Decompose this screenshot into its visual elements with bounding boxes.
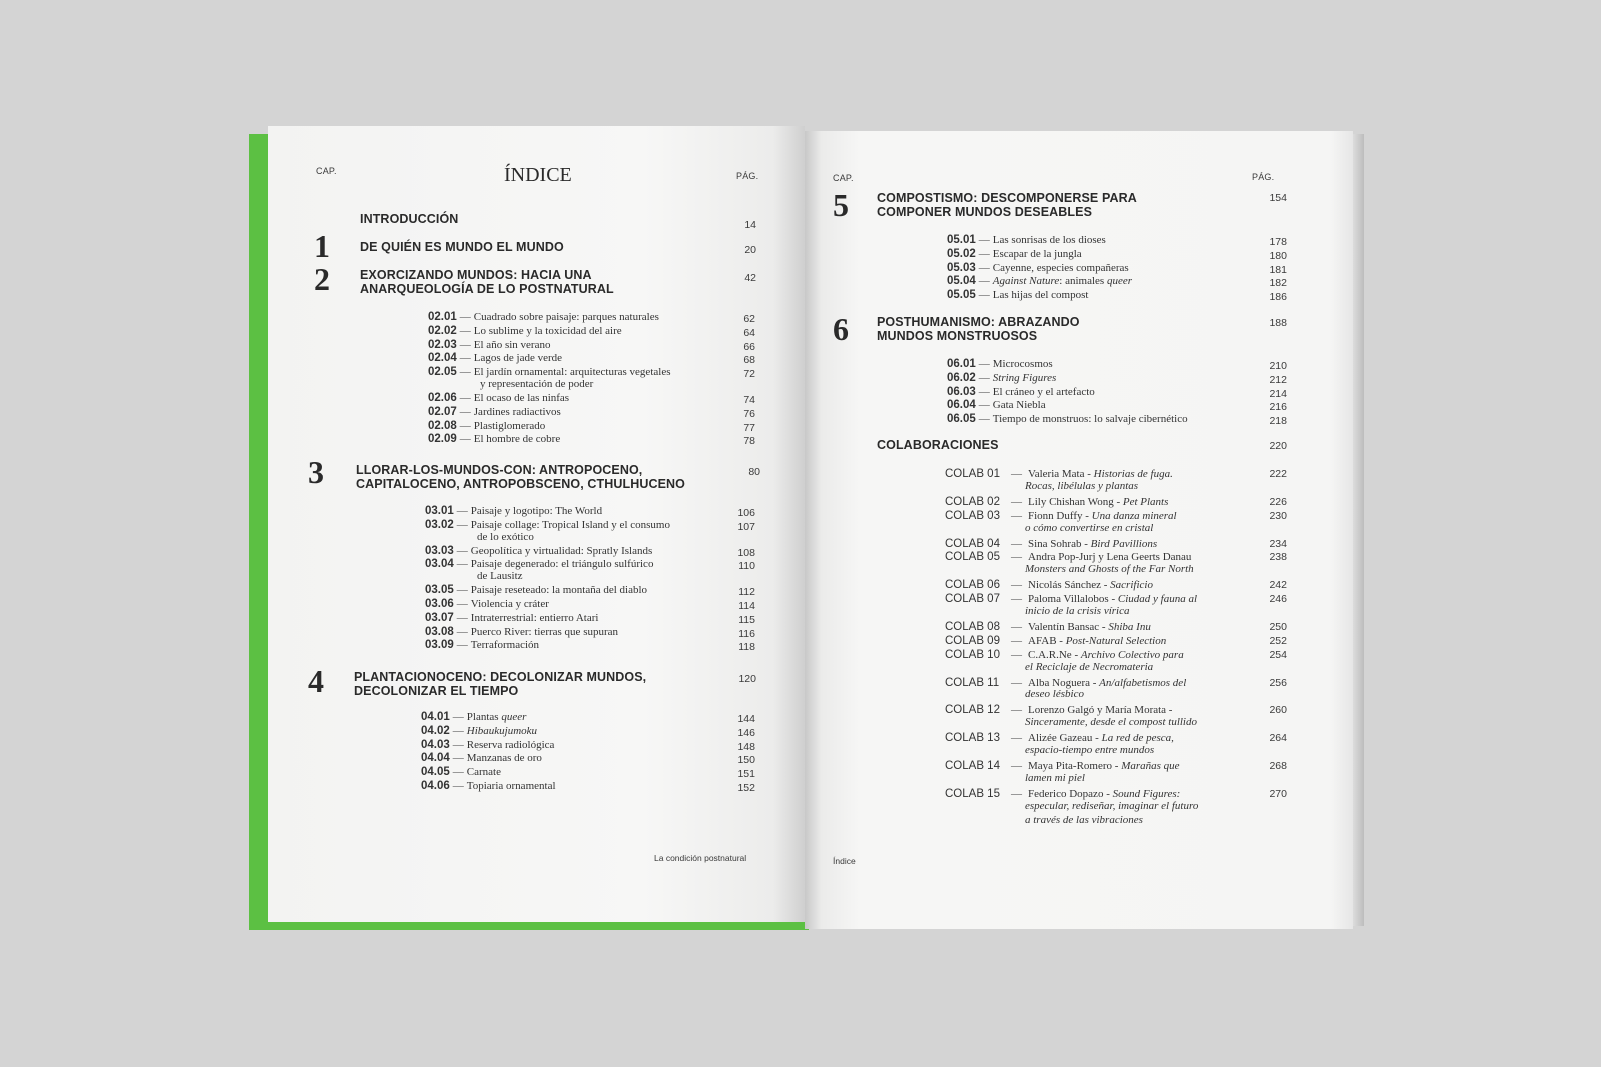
em-dash: —: [453, 780, 464, 792]
section-code: 03.09: [425, 638, 454, 652]
section-page: 118: [715, 641, 755, 653]
collaboration-work: Marañas que: [1121, 760, 1179, 772]
em-dash: —: [457, 598, 468, 610]
collaboration-page: 268: [1247, 760, 1287, 772]
collaboration-author: AFAB -: [1028, 635, 1066, 647]
section-code: 04.02: [421, 724, 450, 738]
collaboration-work-continued: Rocas, libélulas y plantas: [1025, 480, 1138, 492]
collaboration-work: Historias de fuga.: [1094, 468, 1173, 480]
collaboration-work: Pet Plants: [1123, 496, 1169, 508]
collaboration-work: Sound Figures:: [1113, 788, 1181, 800]
section-title: Topiaria ornamental: [467, 780, 556, 792]
collaboration-entry[interactable]: COLAB 02—Lily Chishan Wong - Pet Plants: [945, 495, 1168, 509]
pag-label: PÁG.: [1252, 172, 1274, 182]
section-code: 03.04: [425, 557, 454, 571]
section-code: 02.02: [428, 324, 457, 338]
collaboration-entry[interactable]: COLAB 11—Alba Noguera - An/alfabetismos …: [945, 676, 1186, 690]
em-dash: —: [453, 711, 464, 723]
section-title: Tiempo de monstruos: lo salvaje cibernét…: [993, 413, 1188, 425]
section-entry[interactable]: 04.02—Hibaukujumoku: [421, 724, 537, 738]
collaboration-author: Paloma Villalobos -: [1028, 593, 1118, 605]
section-entry[interactable]: 04.05—Carnate: [421, 765, 501, 779]
section-title-continued: de Lausitz: [477, 570, 523, 582]
section-title: Paisaje collage: Tropical Island y el co…: [471, 519, 670, 531]
collaboration-code: COLAB 02: [945, 495, 1011, 509]
collaboration-entry[interactable]: COLAB 13—Alizée Gazeau - La red de pesca…: [945, 731, 1174, 745]
collaboration-work-continued: Sinceramente, desde el compost tullido: [1025, 716, 1197, 728]
section-entry[interactable]: 06.04—Gata Niebla: [947, 398, 1046, 412]
collaboration-code: COLAB 15: [945, 787, 1011, 801]
em-dash: —: [460, 311, 471, 323]
section-entry[interactable]: 03.07—Intraterrestrial: entierro Atari: [425, 611, 598, 625]
section-page: 150: [715, 754, 755, 766]
section-title: Geopolítica y virtualidad: Spratly Islan…: [471, 545, 652, 557]
collaboration-code: COLAB 11: [945, 676, 1011, 690]
section-title: Against Nature: animales queer: [993, 275, 1132, 287]
collaboration-code: COLAB 05: [945, 550, 1011, 564]
section-entry[interactable]: 03.05—Paisaje reseteado: la montaña del …: [425, 583, 647, 597]
section-page: 151: [715, 768, 755, 780]
em-dash: —: [457, 584, 468, 596]
collaboration-author: Valentín Bansac -: [1028, 621, 1108, 633]
collaboration-code: COLAB 01: [945, 467, 1011, 481]
collaboration-code: COLAB 03: [945, 509, 1011, 523]
collaboration-page: 264: [1247, 732, 1287, 744]
collaboration-work: La red de pesca,: [1102, 732, 1174, 744]
section-title: Lo sublime y la toxicidad del aire: [474, 325, 622, 337]
right-page: CAP. PÁG. 5COMPOSTISMO: DESCOMPONERSE PA…: [805, 131, 1353, 929]
section-page: 218: [1247, 415, 1287, 427]
collaboration-page: 246: [1247, 593, 1287, 605]
em-dash: —: [1011, 635, 1022, 647]
em-dash: —: [460, 366, 471, 378]
em-dash: —: [453, 725, 464, 737]
section-title: Intraterrestrial: entierro Atari: [471, 612, 599, 624]
chapter-number: 5: [833, 187, 849, 224]
section-code: 06.02: [947, 371, 976, 385]
section-code: 04.03: [421, 738, 450, 752]
section-title: Las hijas del compost: [993, 289, 1089, 301]
section-code: 05.02: [947, 247, 976, 261]
collaboration-author: Lily Chishan Wong -: [1028, 496, 1123, 508]
section-code: 02.06: [428, 391, 457, 405]
page-footer: Índice: [833, 856, 856, 866]
section-code: 06.01: [947, 357, 976, 371]
section-code: 02.05: [428, 365, 457, 379]
collaborations-title: COLABORACIONES: [877, 438, 999, 452]
section-entry[interactable]: 03.02—Paisaje collage: Tropical Island y…: [425, 518, 670, 532]
em-dash: —: [979, 372, 990, 384]
section-title: Microcosmos: [993, 358, 1053, 370]
em-dash: —: [453, 752, 464, 764]
collaboration-author: Nicolás Sánchez -: [1028, 579, 1110, 591]
section-page: 216: [1247, 401, 1287, 413]
section-page: 115: [715, 614, 755, 626]
collaboration-work-continued: espacio-tiempo entre mundos: [1025, 744, 1154, 756]
section-code: 04.05: [421, 765, 450, 779]
section-title: El hombre de cobre: [474, 433, 560, 445]
collaboration-work-continued: el Reciclaje de Necromateria: [1025, 661, 1153, 673]
collaboration-code: COLAB 08: [945, 620, 1011, 634]
collaboration-author: Lorenzo Galgó y María Morata -: [1028, 704, 1172, 716]
section-page: 77: [715, 422, 755, 434]
section-entry[interactable]: 04.04—Manzanas de oro: [421, 751, 542, 765]
em-dash: —: [979, 413, 990, 425]
collaboration-entry[interactable]: COLAB 03—Fionn Duffy - Una danza mineral: [945, 509, 1177, 523]
section-title: Plastiglomerado: [474, 420, 546, 432]
em-dash: —: [460, 420, 471, 432]
chapter-title: EXORCIZANDO MUNDOS: HACIA UNAANARQUEOLOG…: [360, 268, 614, 296]
collaboration-work: Shiba Inu: [1108, 621, 1150, 633]
section-code: 05.03: [947, 261, 976, 275]
section-code: 03.03: [425, 544, 454, 558]
section-entry[interactable]: 05.05—Las hijas del compost: [947, 288, 1088, 302]
section-title: El año sin verano: [474, 339, 551, 351]
collaboration-code: COLAB 04: [945, 537, 1011, 551]
section-page: 146: [715, 727, 755, 739]
section-entry[interactable]: 03.03—Geopolítica y virtualidad: Spratly…: [425, 544, 652, 558]
section-page: 114: [715, 600, 755, 612]
em-dash: —: [979, 358, 990, 370]
collaboration-code: COLAB 12: [945, 703, 1011, 717]
chapter-number: 4: [308, 663, 324, 700]
section-page: 106: [715, 507, 755, 519]
chapter-page: 42: [716, 272, 756, 284]
cap-label: CAP.: [316, 166, 337, 176]
section-title: Jardines radiactivos: [474, 406, 561, 418]
collaboration-entry[interactable]: COLAB 08—Valentín Bansac - Shiba Inu: [945, 620, 1151, 634]
collaboration-page: 250: [1247, 621, 1287, 633]
section-title: El ocaso de las ninfas: [474, 392, 569, 404]
section-entry[interactable]: 02.02—Lo sublime y la toxicidad del aire: [428, 324, 622, 338]
section-title: Escapar de la jungla: [993, 248, 1082, 260]
chapter-page: 20: [716, 244, 756, 256]
em-dash: —: [1011, 551, 1022, 563]
section-title: El jardín ornamental: arquitecturas vege…: [474, 366, 671, 378]
em-dash: —: [457, 505, 468, 517]
em-dash: —: [1011, 621, 1022, 633]
section-entry[interactable]: 06.03—El cráneo y el artefacto: [947, 385, 1095, 399]
em-dash: —: [1011, 677, 1022, 689]
section-page: 214: [1247, 388, 1287, 400]
collaboration-work: Una danza mineral: [1092, 510, 1177, 522]
section-title: Lagos de jade verde: [474, 352, 562, 364]
section-page: 72: [715, 368, 755, 380]
section-page: 68: [715, 354, 755, 366]
em-dash: —: [453, 739, 464, 751]
em-dash: —: [1011, 496, 1022, 508]
collaboration-page: 242: [1247, 579, 1287, 591]
collaboration-page: 222: [1247, 468, 1287, 480]
section-page: 116: [715, 628, 755, 640]
section-entry[interactable]: 05.03—Cayenne, especies compañeras: [947, 261, 1129, 275]
em-dash: —: [457, 519, 468, 531]
chapter-number: 2: [314, 261, 330, 298]
section-code: 06.04: [947, 398, 976, 412]
section-entry[interactable]: 03.06—Violencia y cráter: [425, 597, 549, 611]
section-page: 144: [715, 713, 755, 725]
section-page: 108: [715, 547, 755, 559]
section-title: Paisaje degenerado: el triángulo sulfúri…: [471, 558, 654, 570]
page-title: ÍNDICE: [504, 164, 572, 187]
collaboration-work: Sacrificio: [1110, 579, 1153, 591]
chapter-title: COMPOSTISMO: DESCOMPONERSE PARACOMPONER …: [877, 191, 1137, 219]
collaboration-entry[interactable]: COLAB 06—Nicolás Sánchez - Sacrificio: [945, 578, 1153, 592]
collaboration-page: 254: [1247, 649, 1287, 661]
section-code: 03.07: [425, 611, 454, 625]
section-entry[interactable]: 04.01—Plantas queer: [421, 710, 526, 724]
section-code: 02.07: [428, 405, 457, 419]
chapter-page: 120: [716, 673, 756, 685]
section-entry[interactable]: 05.02—Escapar de la jungla: [947, 247, 1082, 261]
collaborations-page: 220: [1247, 440, 1287, 452]
collaboration-author: Andra Pop-Jurj y Lena Geerts Danau: [1028, 551, 1191, 563]
section-entry[interactable]: 02.08—Plastiglomerado: [428, 419, 545, 433]
collaboration-entry[interactable]: COLAB 10—C.A.R.Ne - Archivo Colectivo pa…: [945, 648, 1184, 662]
collaboration-work: Ciudad y fauna al: [1118, 593, 1197, 605]
collaboration-work-continued: especular, rediseñar, imaginar el futuro: [1025, 800, 1198, 812]
collaboration-author: Valeria Mata -: [1028, 468, 1094, 480]
collaboration-page: 234: [1247, 538, 1287, 550]
section-entry[interactable]: 06.02—String Figures: [947, 371, 1056, 385]
section-code: 06.03: [947, 385, 976, 399]
section-title: Carnate: [467, 766, 501, 778]
collaboration-work: An/alfabetismos del: [1099, 677, 1186, 689]
section-code: 04.06: [421, 779, 450, 793]
section-page: 186: [1247, 291, 1287, 303]
collaboration-entry[interactable]: COLAB 12—Lorenzo Galgó y María Morata -: [945, 703, 1172, 717]
chapter-title: PLANTACIONOCENO: DECOLONIZAR MUNDOS,DECO…: [354, 670, 646, 698]
chapter-page: 80: [720, 466, 760, 478]
collaboration-entry[interactable]: COLAB 05—Andra Pop-Jurj y Lena Geerts Da…: [945, 550, 1191, 564]
em-dash: —: [979, 248, 990, 260]
section-title: Paisaje reseteado: la montaña del diablo: [471, 584, 647, 596]
section-page: 148: [715, 741, 755, 753]
collaboration-work: Post-Natural Selection: [1066, 635, 1167, 647]
section-entry[interactable]: 04.06—Topiaria ornamental: [421, 779, 556, 793]
em-dash: —: [457, 612, 468, 624]
em-dash: —: [457, 639, 468, 651]
collaboration-entry[interactable]: COLAB 07—Paloma Villalobos - Ciudad y fa…: [945, 592, 1197, 606]
chapter-number: 6: [833, 311, 849, 348]
section-page: 181: [1247, 264, 1287, 276]
section-title: Puerco River: tierras que supuran: [471, 626, 618, 638]
collaboration-code: COLAB 13: [945, 731, 1011, 745]
section-title: Reserva radiológica: [467, 739, 555, 751]
section-title-continued: de lo exótico: [477, 531, 534, 543]
section-page: 76: [715, 408, 755, 420]
em-dash: —: [1011, 704, 1022, 716]
collaboration-page: 230: [1247, 510, 1287, 522]
collaboration-author: Maya Pita-Romero -: [1028, 760, 1121, 772]
collaboration-work: Bird Pavillions: [1091, 538, 1158, 550]
em-dash: —: [1011, 760, 1022, 772]
section-code: 05.04: [947, 274, 976, 288]
collaboration-work-continued: Monsters and Ghosts of the Far North: [1025, 563, 1194, 575]
section-page: 112: [715, 586, 755, 598]
section-entry[interactable]: 05.04—Against Nature: animales queer: [947, 274, 1132, 288]
collaboration-code: COLAB 09: [945, 634, 1011, 648]
em-dash: —: [1011, 468, 1022, 480]
section-page: 74: [715, 394, 755, 406]
em-dash: —: [460, 392, 471, 404]
section-entry[interactable]: 05.01—Las sonrisas de los dioses: [947, 233, 1106, 247]
em-dash: —: [460, 352, 471, 364]
section-page: 178: [1247, 236, 1287, 248]
section-title: Terraformación: [471, 639, 539, 651]
collaboration-entry[interactable]: COLAB 04—Sina Sohrab - Bird Pavillions: [945, 537, 1157, 551]
em-dash: —: [1011, 788, 1022, 800]
em-dash: —: [979, 275, 990, 287]
collaboration-code: COLAB 06: [945, 578, 1011, 592]
chapter-title: POSTHUMANISMO: ABRAZANDOMUNDOS MONSTRUOS…: [877, 315, 1080, 343]
em-dash: —: [1011, 732, 1022, 744]
section-title: Paisaje y logotipo: The World: [471, 505, 602, 517]
collaboration-work-continued: o cómo convertirse en cristal: [1025, 522, 1153, 534]
em-dash: —: [1011, 579, 1022, 591]
em-dash: —: [979, 399, 990, 411]
collaboration-author: C.A.R.Ne -: [1028, 649, 1081, 661]
left-page: CAP. ÍNDICE PÁG. INTRODUCCIÓN 14 1DE QUI…: [268, 126, 805, 922]
section-entry[interactable]: 03.01—Paisaje y logotipo: The World: [425, 504, 602, 518]
collaboration-work-continued: inicio de la crisis vírica: [1025, 605, 1129, 617]
section-entry[interactable]: 04.03—Reserva radiológica: [421, 738, 554, 752]
collaboration-page: 238: [1247, 551, 1287, 563]
collaboration-author: Alizée Gazeau -: [1028, 732, 1102, 744]
em-dash: —: [453, 766, 464, 778]
chapter-number: 3: [308, 454, 324, 491]
section-code: 02.01: [428, 310, 457, 324]
collaboration-entry[interactable]: COLAB 14—Maya Pita-Romero - Marañas que: [945, 759, 1180, 773]
collaboration-page: 252: [1247, 635, 1287, 647]
em-dash: —: [1011, 593, 1022, 605]
section-title: Las sonrisas de los dioses: [993, 234, 1106, 246]
section-code: 02.04: [428, 351, 457, 365]
section-page: 66: [715, 341, 755, 353]
section-page: 210: [1247, 360, 1287, 372]
em-dash: —: [457, 545, 468, 557]
section-page: 64: [715, 327, 755, 339]
section-code: 02.08: [428, 419, 457, 433]
collaboration-author: Alba Noguera -: [1028, 677, 1099, 689]
collaboration-entry[interactable]: COLAB 01—Valeria Mata - Historias de fug…: [945, 467, 1173, 481]
section-page: 182: [1247, 277, 1287, 289]
section-entry[interactable]: 02.09—El hombre de cobre: [428, 432, 560, 446]
collaboration-code: COLAB 14: [945, 759, 1011, 773]
section-code: 02.09: [428, 432, 457, 446]
section-page: 180: [1247, 250, 1287, 262]
section-page: 107: [715, 521, 755, 533]
section-entry[interactable]: 02.03—El año sin verano: [428, 338, 550, 352]
section-code: 03.06: [425, 597, 454, 611]
collaboration-page: 260: [1247, 704, 1287, 716]
page-footer: La condición postnatural: [654, 853, 746, 863]
chapter-page: 154: [1247, 192, 1287, 204]
intro-title: INTRODUCCIÓN: [360, 212, 458, 226]
section-page: 62: [715, 313, 755, 325]
collaboration-work-continued: lamen mi piel: [1025, 772, 1085, 784]
collaboration-author: Fionn Duffy -: [1028, 510, 1092, 522]
section-title: Manzanas de oro: [467, 752, 542, 764]
section-code: 04.04: [421, 751, 450, 765]
section-code: 03.05: [425, 583, 454, 597]
em-dash: —: [979, 289, 990, 301]
section-entry[interactable]: 06.05—Tiempo de monstruos: lo salvaje ci…: [947, 412, 1188, 426]
section-title: Hibaukujumoku: [467, 725, 537, 737]
em-dash: —: [979, 386, 990, 398]
collaboration-author: Sina Sohrab -: [1028, 538, 1091, 550]
em-dash: —: [979, 262, 990, 274]
section-page: 78: [715, 435, 755, 447]
collaboration-page: 256: [1247, 677, 1287, 689]
collaboration-page: 226: [1247, 496, 1287, 508]
section-entry[interactable]: 02.06—El ocaso de las ninfas: [428, 391, 569, 405]
collaboration-work-continued: a través de las vibraciones: [1025, 814, 1143, 826]
em-dash: —: [460, 339, 471, 351]
section-code: 05.05: [947, 288, 976, 302]
section-entry[interactable]: 03.04—Paisaje degenerado: el triángulo s…: [425, 557, 653, 571]
em-dash: —: [979, 234, 990, 246]
collaboration-page: 270: [1247, 788, 1287, 800]
section-title: Cuadrado sobre paisaje: parques naturale…: [474, 311, 659, 323]
section-page: 152: [715, 782, 755, 794]
chapter-title: LLORAR-LOS-MUNDOS-CON: ANTROPOCENO,CAPIT…: [356, 463, 685, 491]
em-dash: —: [1011, 649, 1022, 661]
section-title-continued: y representación de poder: [480, 378, 593, 390]
em-dash: —: [457, 626, 468, 638]
section-title: Violencia y cráter: [471, 598, 549, 610]
collaboration-entry[interactable]: COLAB 15—Federico Dopazo - Sound Figures…: [945, 787, 1180, 801]
section-code: 03.08: [425, 625, 454, 639]
collaboration-work-continued: deseo lésbico: [1025, 688, 1084, 700]
chapter-title: DE QUIÉN ES MUNDO EL MUNDO: [360, 240, 564, 254]
page-stack-edge: [1353, 134, 1364, 926]
em-dash: —: [460, 325, 471, 337]
section-page: 110: [715, 560, 755, 572]
section-code: 03.02: [425, 518, 454, 532]
section-entry[interactable]: 02.01—Cuadrado sobre paisaje: parques na…: [428, 310, 659, 324]
em-dash: —: [457, 558, 468, 570]
em-dash: —: [460, 406, 471, 418]
intro-page: 14: [716, 219, 756, 231]
section-entry[interactable]: 06.01—Microcosmos: [947, 357, 1053, 371]
section-title: String Figures: [993, 372, 1056, 384]
book-cover-bottom-edge: [249, 921, 809, 930]
collaboration-code: COLAB 10: [945, 648, 1011, 662]
collaboration-code: COLAB 07: [945, 592, 1011, 606]
collaboration-work: Archivo Colectivo para: [1081, 649, 1184, 661]
section-code: 02.03: [428, 338, 457, 352]
section-entry[interactable]: 02.07—Jardines radiactivos: [428, 405, 561, 419]
section-page: 212: [1247, 374, 1287, 386]
collaboration-author: Federico Dopazo -: [1028, 788, 1113, 800]
collaboration-entry[interactable]: COLAB 09—AFAB - Post-Natural Selection: [945, 634, 1166, 648]
chapter-number: 1: [314, 228, 330, 265]
em-dash: —: [1011, 510, 1022, 522]
section-entry[interactable]: 03.09—Terraformación: [425, 638, 539, 652]
section-code: 03.01: [425, 504, 454, 518]
section-title: Plantas queer: [467, 711, 527, 723]
section-entry[interactable]: 02.04—Lagos de jade verde: [428, 351, 562, 365]
section-title: Gata Niebla: [993, 399, 1046, 411]
em-dash: —: [1011, 538, 1022, 550]
cap-label: CAP.: [833, 173, 854, 183]
section-code: 05.01: [947, 233, 976, 247]
section-code: 06.05: [947, 412, 976, 426]
section-entry[interactable]: 03.08—Puerco River: tierras que supuran: [425, 625, 618, 639]
section-title: El cráneo y el artefacto: [993, 386, 1095, 398]
section-title: Cayenne, especies compañeras: [993, 262, 1129, 274]
